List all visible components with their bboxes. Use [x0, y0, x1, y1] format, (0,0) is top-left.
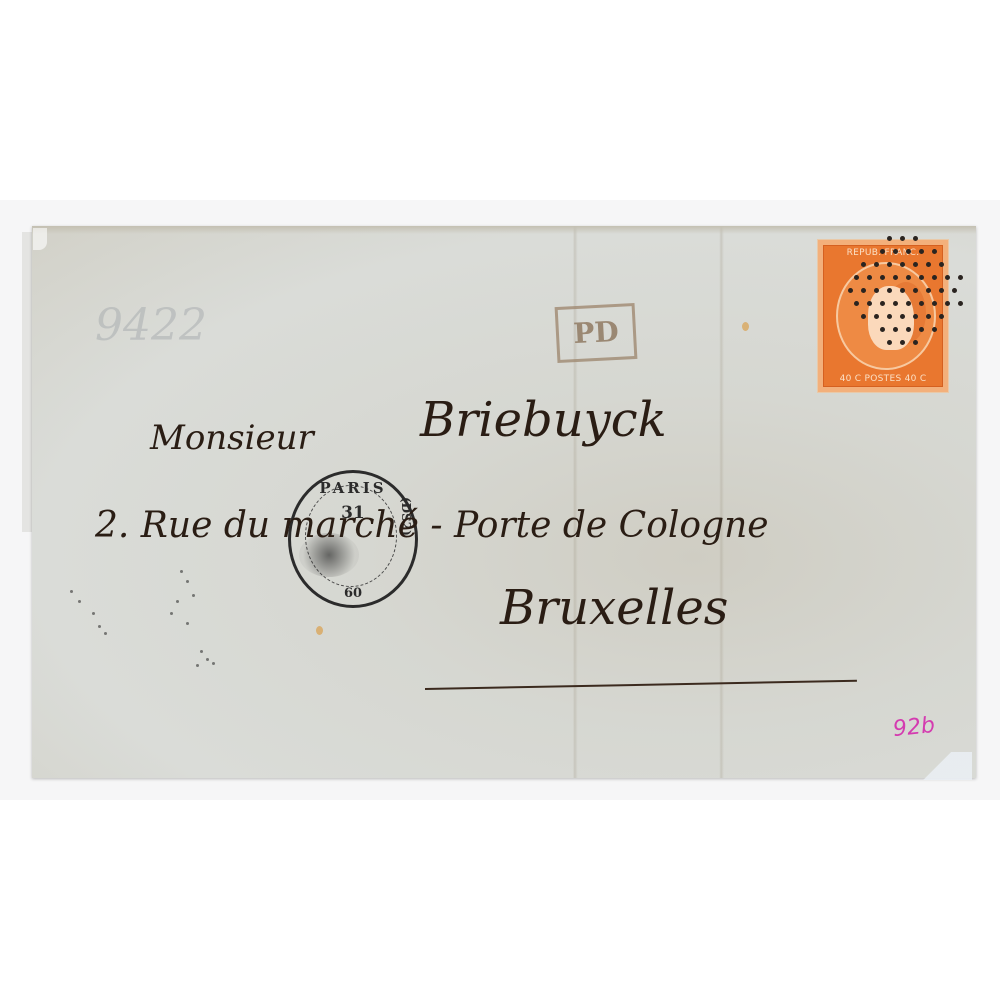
address-street: 2. Rue du marché - Porte de Cologne [95, 505, 769, 546]
pd-handstamp: PD [555, 303, 638, 363]
cancel-dot [945, 301, 950, 306]
transit-mark-dot [186, 622, 189, 625]
cancel-dot [887, 340, 892, 345]
cancel-dot [926, 262, 931, 267]
cancel-dot [867, 275, 872, 280]
cancel-dot [913, 236, 918, 241]
transit-mark-dot [212, 662, 215, 665]
cancel-dot [861, 288, 866, 293]
transit-mark-dot [180, 570, 183, 573]
cancel-dot [854, 301, 859, 306]
transit-mark-dot [176, 600, 179, 603]
pencil-note: 9422 [95, 300, 207, 351]
cancel-dot [893, 327, 898, 332]
cancel-dot [913, 314, 918, 319]
transit-mark-dot [192, 594, 195, 597]
cancel-dot [900, 314, 905, 319]
cancel-dot [900, 288, 905, 293]
cancel-dot [932, 327, 937, 332]
mount-tape-top-left [33, 228, 47, 250]
cancel-dot [958, 275, 963, 280]
cancel-dot [900, 236, 905, 241]
cancel-dot [913, 262, 918, 267]
postmark-city: PARIS [291, 479, 415, 497]
address-city: Bruxelles [500, 580, 728, 636]
cancel-dot [867, 301, 872, 306]
transit-mark-dot [170, 612, 173, 615]
cancel-dot [906, 327, 911, 332]
cancel-dot [919, 275, 924, 280]
cancel-dot [958, 301, 963, 306]
postage-stamp: REPUB. FRANC. 40 C POSTES 40 C [818, 240, 948, 392]
cancel-dot [906, 249, 911, 254]
cancel-dot [874, 288, 879, 293]
address-name: Briebuyck [420, 392, 667, 448]
cancel-dot [900, 340, 905, 345]
cancel-dot [887, 262, 892, 267]
transit-mark-dot [206, 658, 209, 661]
cancel-dot [887, 314, 892, 319]
cancel-dot [926, 288, 931, 293]
cancel-dot [854, 275, 859, 280]
cancel-dot [861, 314, 866, 319]
transit-mark-dot [200, 650, 203, 653]
cancel-dot [919, 249, 924, 254]
cancel-dot [913, 288, 918, 293]
transit-mark-dot [78, 600, 81, 603]
cancel-dot [939, 262, 944, 267]
cancel-dot [880, 249, 885, 254]
address-salutation: Monsieur [150, 418, 314, 458]
cancel-dot [874, 314, 879, 319]
cancel-dot [887, 288, 892, 293]
cancel-dot [880, 275, 885, 280]
cancel-dot [932, 275, 937, 280]
inventory-number: 92b [892, 713, 936, 742]
cancel-dot [939, 288, 944, 293]
cancel-dot [900, 262, 905, 267]
cancel-dot [939, 314, 944, 319]
cancel-dot [932, 301, 937, 306]
cancel-dot [893, 275, 898, 280]
transit-mark-dot [186, 580, 189, 583]
cancel-dot [906, 301, 911, 306]
cancel-dot [861, 262, 866, 267]
cancel-dot [880, 301, 885, 306]
cancel-dot [913, 340, 918, 345]
cancel-dot [880, 327, 885, 332]
stamp-bottom-legend: 40 C POSTES 40 C [824, 372, 942, 386]
cancel-dot [952, 288, 957, 293]
mount-tape-bottom-right [918, 752, 972, 780]
cancel-dot [887, 236, 892, 241]
transit-mark-dot [104, 632, 107, 635]
cancel-dot [919, 301, 924, 306]
cancel-dot [945, 275, 950, 280]
transit-mark-dot [98, 625, 101, 628]
cancel-dot [848, 288, 853, 293]
transit-mark-dot [70, 590, 73, 593]
cancel-dot [932, 249, 937, 254]
cancel-dot [874, 262, 879, 267]
cancel-dot [906, 275, 911, 280]
postmark-year: 60 [291, 586, 415, 601]
transit-mark-dot [92, 612, 95, 615]
foxing-spot [316, 626, 323, 635]
cancel-dot [893, 249, 898, 254]
foxing-spot [742, 322, 749, 331]
transit-mark-dot [196, 664, 199, 667]
stamp-frame: REPUB. FRANC. 40 C POSTES 40 C [823, 245, 943, 387]
cancel-dot [926, 314, 931, 319]
cancel-dot [893, 301, 898, 306]
cancel-dot [919, 327, 924, 332]
